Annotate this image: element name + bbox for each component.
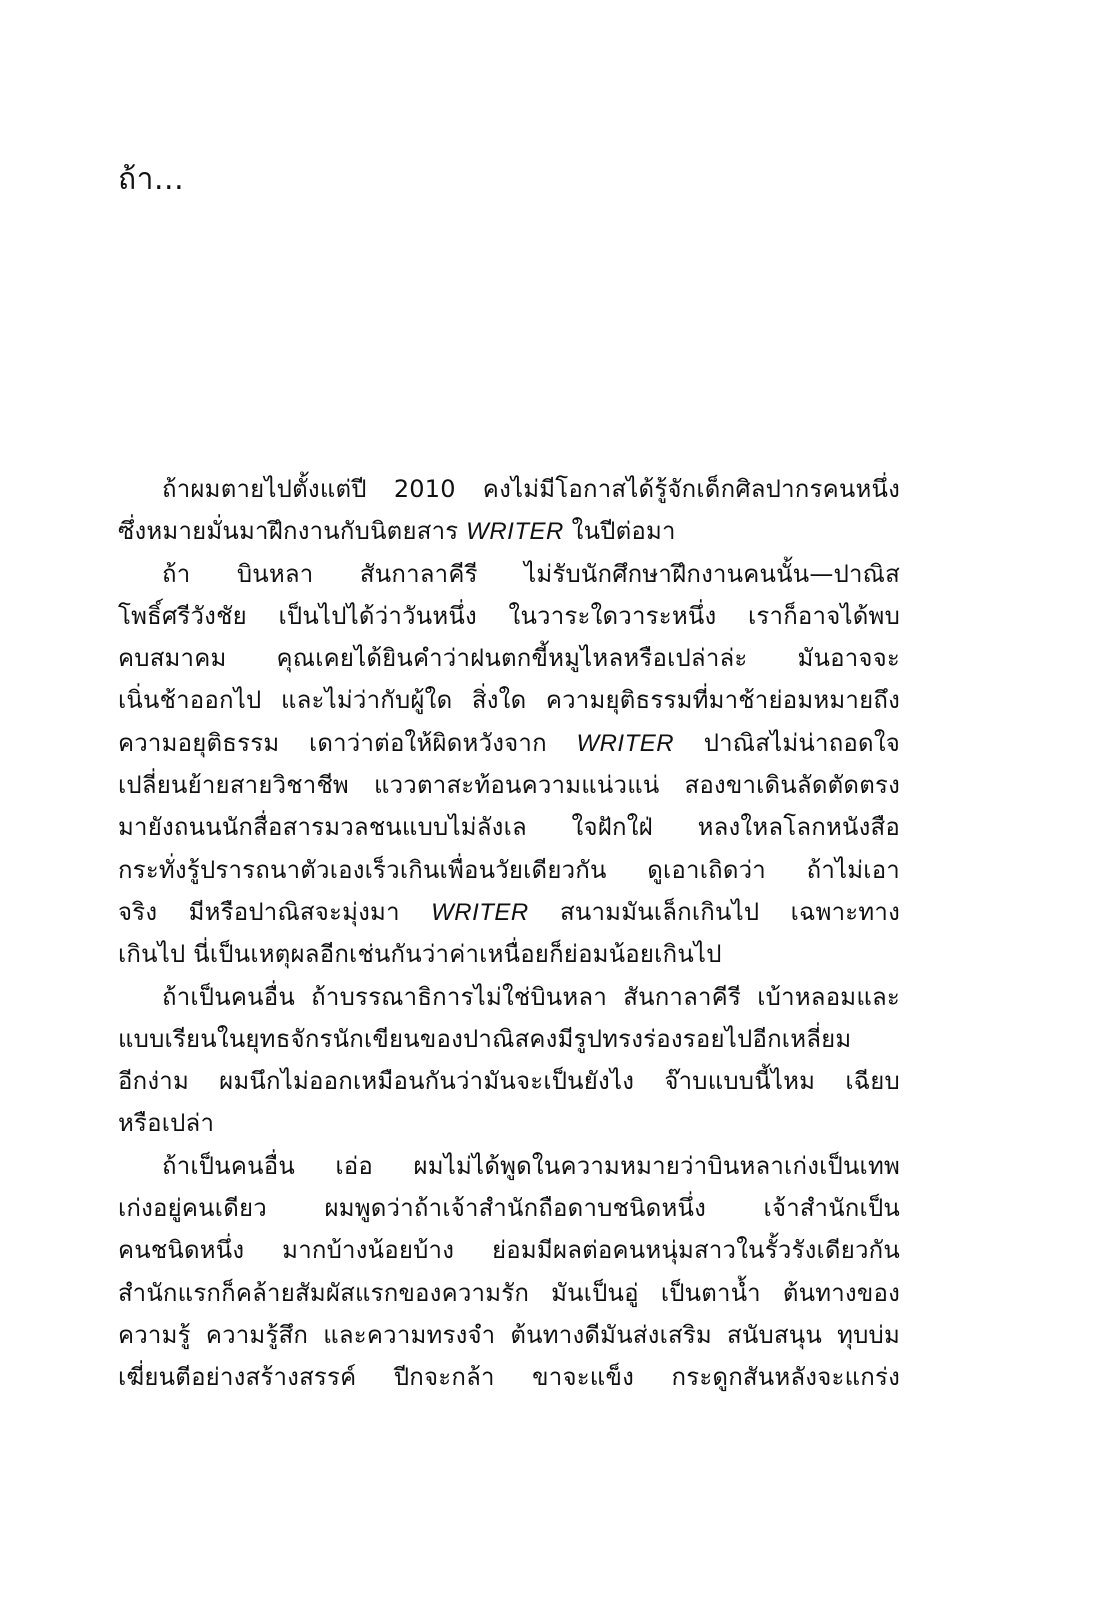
text-line: แบบเรียนในยุทธจักรนักเขียนของปาณิสคงมีรู… [118,1018,900,1060]
text-line: คนชนิดหนึ่ง มากบ้างน้อยบ้าง ย่อมมีผลต่อค… [118,1229,900,1271]
text-line: เฆี่ยนตีอย่างสร้างสรรค์ ปีกจะกล้า ขาจะแข… [118,1356,900,1398]
text-span: ความอยุติธรรม เดาว่าต่อให้ผิดหวังจาก [118,729,576,757]
text-line: กระทั่งรู้ปรารถนาตัวเองเร็วเกินเพื่อนวัย… [118,849,900,891]
magazine-name: WRITER [576,730,674,757]
paragraph-1: ถ้าผมตายไปตั้งแต่ปี 2010 คงไม่มีโอกาสได้… [118,468,900,553]
body-text: ถ้าผมตายไปตั้งแต่ปี 2010 คงไม่มีโอกาสได้… [118,468,900,1399]
text-span: ในปีต่อมา [564,517,676,545]
text-span: สนามมันเล็กเกินไป เฉพาะทาง [529,898,900,926]
paragraph-2: ถ้า บินหลา สันกาลาคีรี ไม่รับนักศึกษาฝึก… [118,553,900,976]
text-line: สำนักแรกก็คล้ายสัมผัสแรกของความรัก มันเป… [118,1272,900,1314]
text-line: ความอยุติธรรม เดาว่าต่อให้ผิดหวังจาก WRI… [118,722,900,764]
magazine-name: WRITER [431,899,529,926]
text-line: หรือเปล่า [118,1102,900,1144]
text-line: เกินไป นี่เป็นเหตุผลอีกเช่นกันว่าค่าเหนื… [118,933,900,975]
text-line: เนิ่นช้าออกไป และไม่ว่ากับผู้ใด สิ่งใด ค… [118,679,900,721]
text-span: ปาณิสไม่น่าถอดใจ [674,729,900,757]
magazine-name: WRITER [466,518,564,545]
text-line: มายังถนนนักสื่อสารมวลชนแบบไม่ลังเล ใจฝัก… [118,806,900,848]
chapter-title: ถ้า... [118,160,184,200]
text-line: ถ้าผมตายไปตั้งแต่ปี 2010 คงไม่มีโอกาสได้… [118,468,900,510]
text-line: ถ้าเป็นคนอื่น เอ่อ ผมไม่ได้พูดในความหมาย… [118,1145,900,1187]
paragraph-3: ถ้าเป็นคนอื่น ถ้าบรรณาธิการไม่ใช่บินหลา … [118,976,900,1145]
paragraph-4: ถ้าเป็นคนอื่น เอ่อ ผมไม่ได้พูดในความหมาย… [118,1145,900,1399]
text-line: ซึ่งหมายมั่นมาฝึกงานกับนิตยสาร WRITER ใน… [118,510,900,552]
text-line: ถ้าเป็นคนอื่น ถ้าบรรณาธิการไม่ใช่บินหลา … [118,976,900,1018]
book-page: ถ้า... ถ้าผมตายไปตั้งแต่ปี 2010 คงไม่มีโ… [0,0,1101,1621]
text-line: ความรู้ ความรู้สึก และความทรงจำ ต้นทางดี… [118,1314,900,1356]
text-line: ถ้า บินหลา สันกาลาคีรี ไม่รับนักศึกษาฝึก… [118,553,900,595]
text-span: จริง มีหรือปาณิสจะมุ่งมา [118,898,431,926]
text-span: ซึ่งหมายมั่นมาฝึกงานกับนิตยสาร [118,517,466,545]
text-line: จริง มีหรือปาณิสจะมุ่งมา WRITER สนามมันเ… [118,891,900,933]
text-line: เปลี่ยนย้ายสายวิชาชีพ แววตาสะท้อนความแน่… [118,764,900,806]
text-line: เก่งอยู่คนเดียว ผมพูดว่าถ้าเจ้าสำนักถือด… [118,1187,900,1229]
text-line: โพธิ์ศรีวังชัย เป็นไปได้ว่าวันหนึ่ง ในวา… [118,595,900,637]
text-line: คบสมาคม คุณเคยได้ยินคำว่าฝนตกขี้หมูไหลหร… [118,637,900,679]
text-line: อีกง่าม ผมนึกไม่ออกเหมือนกันว่ามันจะเป็น… [118,1060,900,1102]
